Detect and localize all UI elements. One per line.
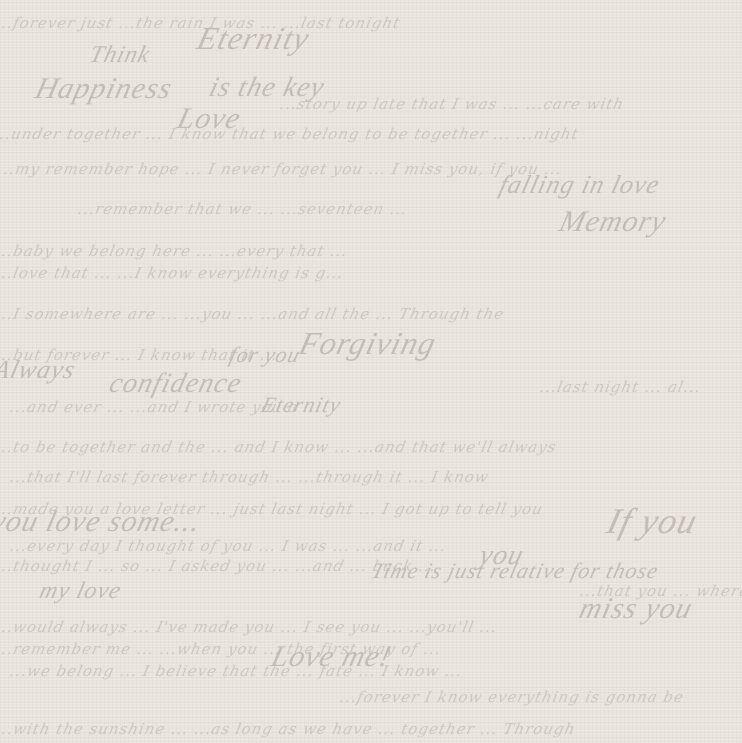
script-word: Eternity (259, 392, 344, 418)
script-line: ...remember that we ... ...seventeen ... (76, 200, 409, 218)
script-word: is the key (206, 72, 328, 104)
script-wallpaper: ...forever just ...the rain I was ... ..… (0, 0, 742, 743)
script-line: ...I somewhere are ... ...you ... ...and… (0, 305, 506, 323)
script-line: ...under together ... I know that we bel… (0, 125, 581, 143)
script-line: ...would always ... I've made you ... I … (0, 618, 499, 636)
script-word: falling in love (496, 170, 663, 200)
script-word: Memory (556, 205, 670, 239)
script-line: ...with the sunshine ... ...as long as w… (0, 720, 577, 738)
script-line: ...we belong ... I believe that the ... … (8, 662, 464, 680)
script-line: ...that I'll last forever through ... ..… (8, 468, 491, 486)
script-word: you love some... (0, 505, 205, 539)
script-line: ...to be together and the ... and I know… (0, 438, 558, 456)
script-word: Time is just relative for those (369, 558, 662, 584)
script-line: ...story up late that I was ... ...care … (278, 95, 626, 113)
script-word: for you (227, 342, 303, 368)
script-line: ...forever I know everything is gonna be (338, 688, 686, 706)
script-line: ...every day I thought of you ... I was … (8, 537, 448, 555)
script-word: Forgiving (295, 325, 440, 362)
script-word: Love (174, 102, 245, 136)
script-word: Love me! (268, 640, 395, 674)
script-word: my love (37, 578, 125, 605)
script-word: miss you (576, 592, 697, 626)
script-word: Happiness (32, 72, 176, 106)
script-word: confidence (106, 368, 245, 400)
script-word: Always (0, 355, 79, 385)
script-line: ...love that ... ...I know everything is… (0, 264, 346, 282)
script-line: ...baby we belong here ... ...every that… (0, 242, 350, 260)
script-word: Think (87, 42, 153, 69)
script-line: ...my remember hope ... I never forget y… (0, 160, 564, 178)
script-word: If you (603, 500, 702, 542)
script-word: Eternity (193, 20, 313, 57)
script-line: ...last night ... al... (538, 378, 703, 396)
